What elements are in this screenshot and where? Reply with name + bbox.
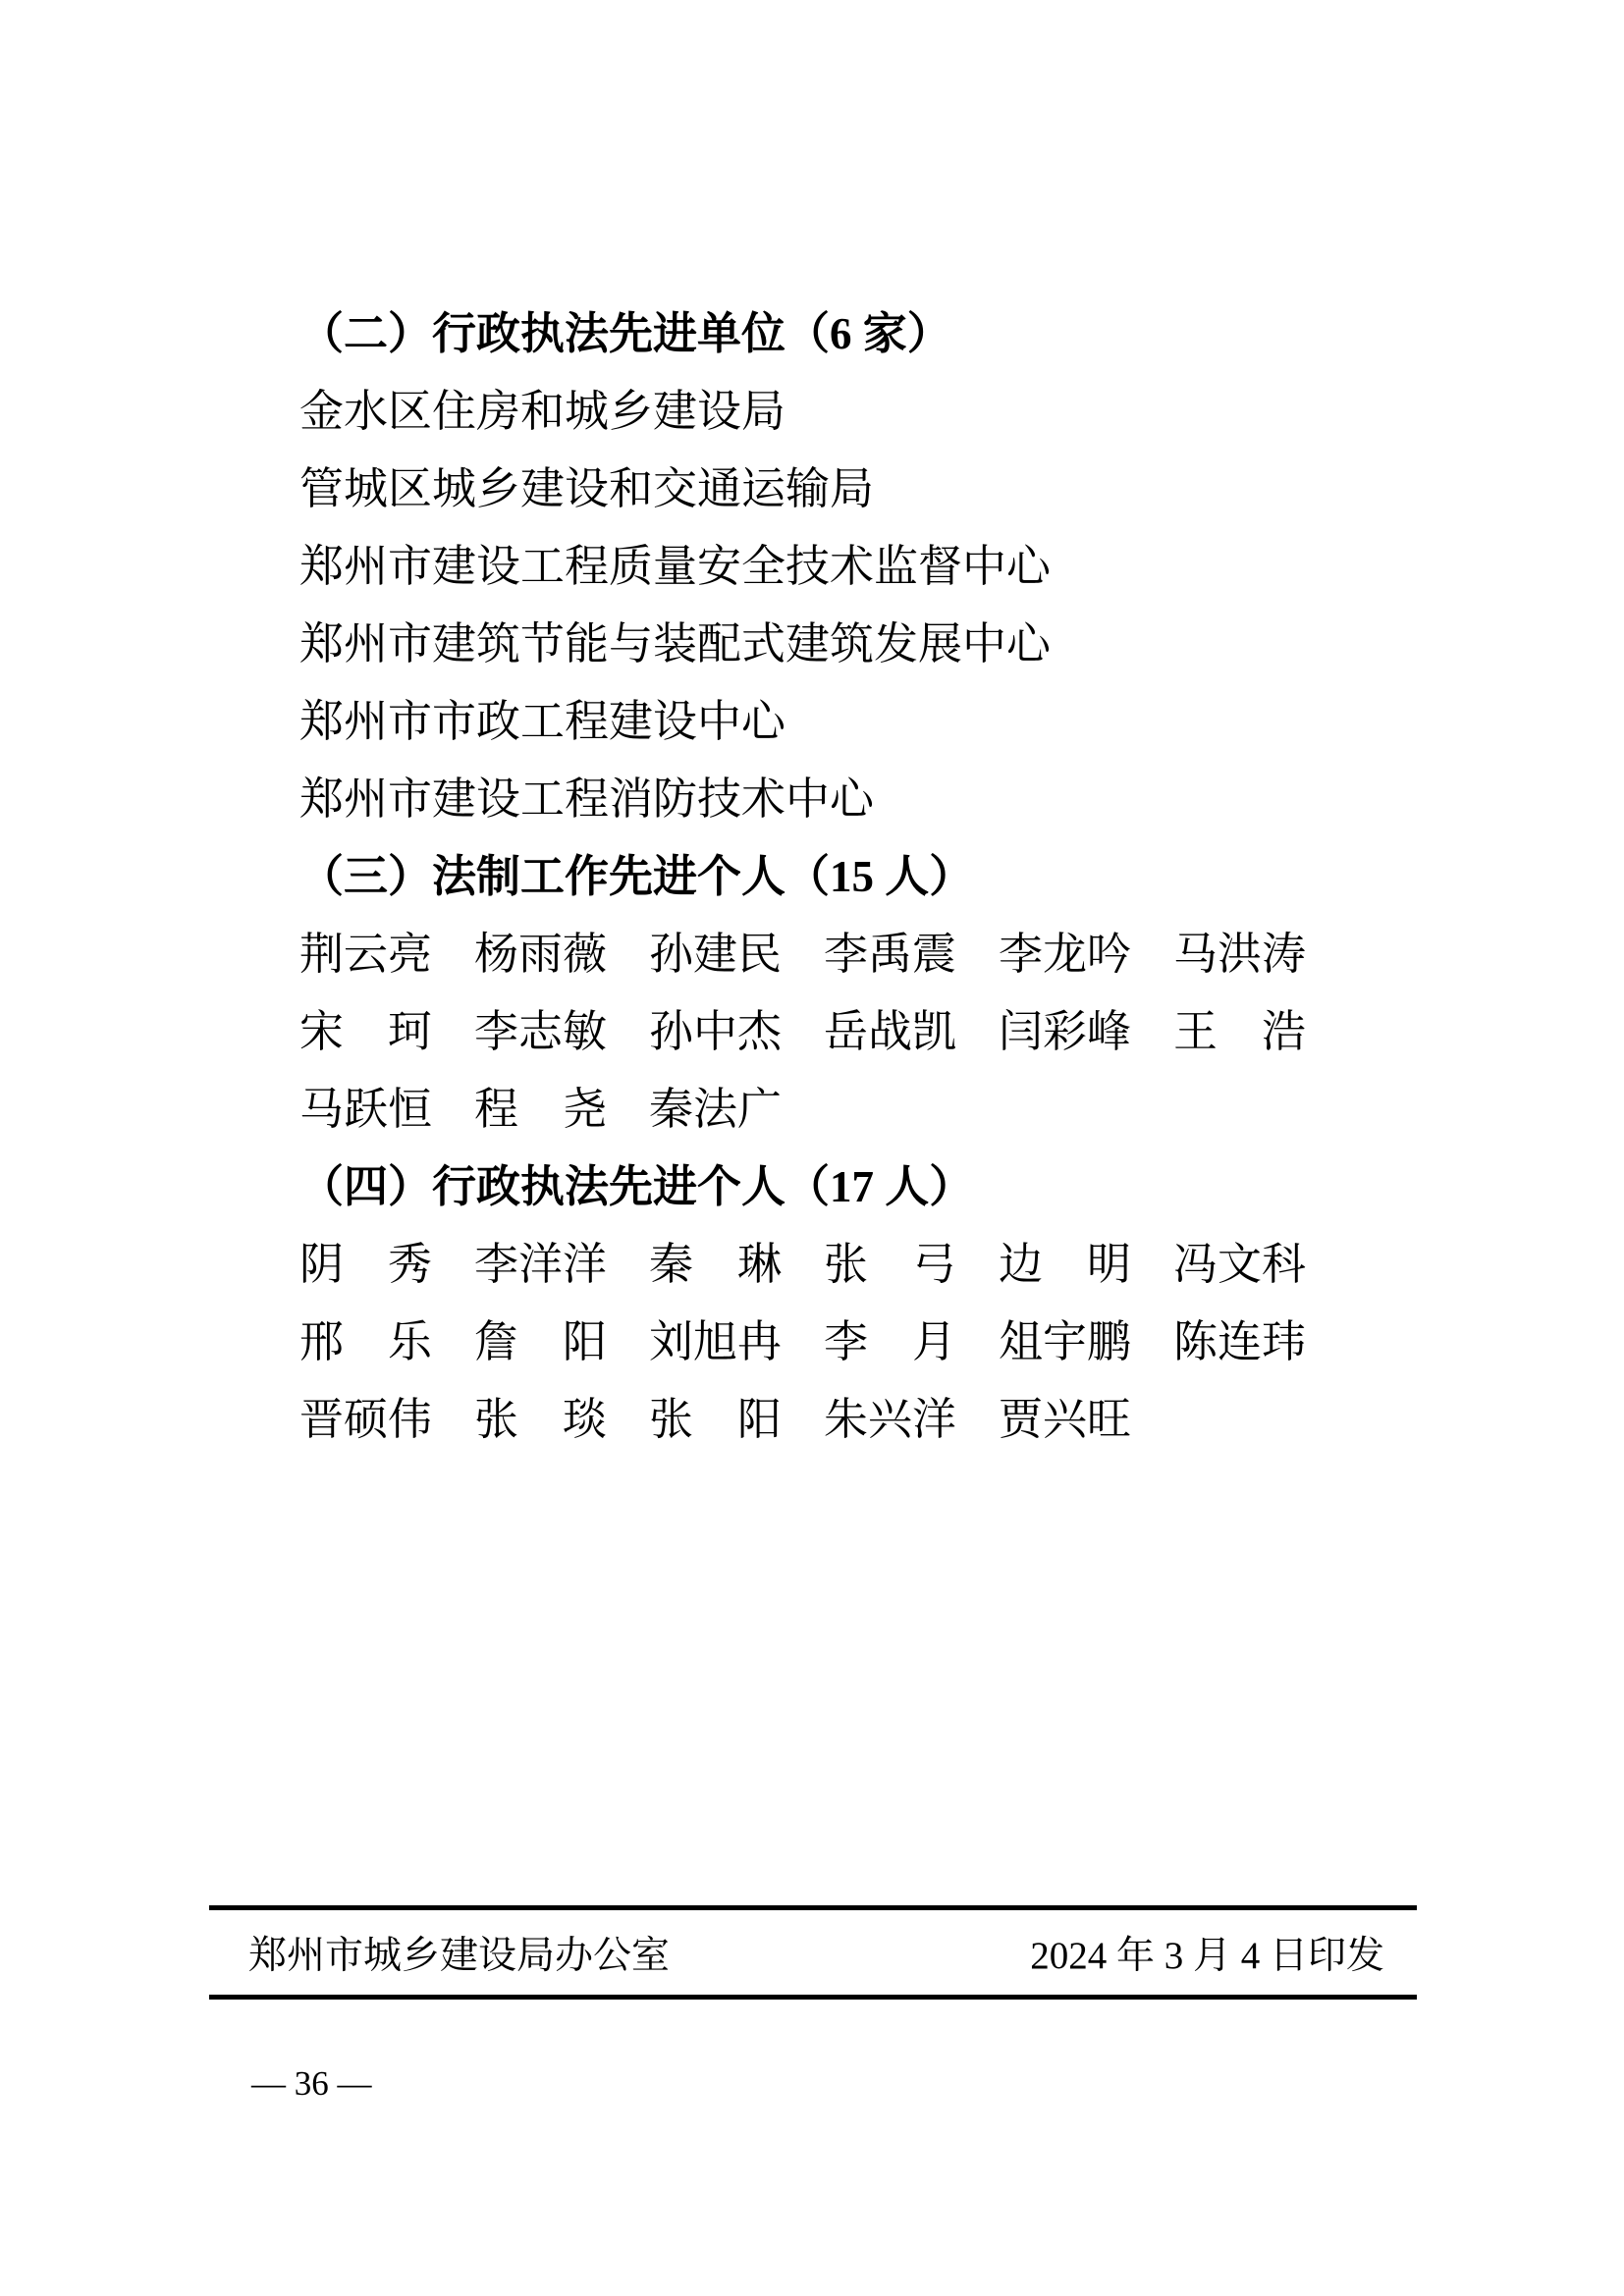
awardee-name: 朱兴洋 (824, 1381, 955, 1459)
section-2-heading: （二）行政执法先进单位（6 家） (299, 295, 1380, 373)
awardee-name: 马跃恒 (299, 1071, 431, 1148)
footer-rule-bottom (209, 1995, 1417, 2000)
issuing-office: 郑州市城乡建设局办公室 (248, 1925, 670, 1980)
awardee-name: 晋硕伟 (299, 1381, 431, 1459)
awarded-unit: 金水区住房和城乡建设局 (299, 373, 1380, 451)
awardee-name: 李 月 (824, 1304, 955, 1381)
awardee-name: 宋 珂 (299, 993, 431, 1071)
awardee-name: 秦法广 (649, 1071, 781, 1148)
awardee-name: 孙中杰 (649, 993, 781, 1071)
names-row: 宋 珂 李志敏 孙中杰 岳战凯 闫彩峰 王 浩 (299, 993, 1380, 1071)
awardee-name: 张 琰 (474, 1381, 606, 1459)
names-row: 阴 秀 李洋洋 秦 琳 张 弓 边 明 冯文科 (299, 1226, 1380, 1304)
names-row: 晋硕伟 张 琰 张 阳 朱兴洋 贾兴旺 (299, 1381, 1380, 1459)
awardee-name: 秦 琳 (649, 1226, 781, 1304)
awardee-name: 贾兴旺 (999, 1381, 1130, 1459)
names-row: 荆云亮 杨雨薇 孙建民 李禹震 李龙吟 马洪涛 (299, 916, 1380, 993)
names-row: 邢 乐 詹 阳 刘旭冉 李 月 俎宇鹏 陈连玮 (299, 1304, 1380, 1381)
awardee-name: 李洋洋 (474, 1226, 606, 1304)
awardee-name: 邢 乐 (299, 1304, 431, 1381)
document-body: （二）行政执法先进单位（6 家） 金水区住房和城乡建设局 管城区城乡建设和交通运… (299, 295, 1380, 1459)
section-4-heading: （四）行政执法先进个人（17 人） (299, 1148, 1380, 1226)
awarded-unit: 郑州市建设工程质量安全技术监督中心 (299, 528, 1380, 606)
awardee-name: 阴 秀 (299, 1226, 431, 1304)
awardee-name: 冯文科 (1173, 1226, 1305, 1304)
awarded-unit: 郑州市建筑节能与装配式建筑发展中心 (299, 606, 1380, 683)
names-row: 马跃恒 程 尧 秦法广 (299, 1071, 1380, 1148)
awarded-unit: 管城区城乡建设和交通运输局 (299, 451, 1380, 528)
footer: 郑州市城乡建设局办公室 2024 年 3 月 4 日印发 (248, 1910, 1384, 1995)
awardee-name: 刘旭冉 (649, 1304, 781, 1381)
awardee-name: 李志敏 (474, 993, 606, 1071)
awardee-name: 岳战凯 (824, 993, 955, 1071)
awardee-name: 马洪涛 (1173, 916, 1305, 993)
awardee-name: 荆云亮 (299, 916, 431, 993)
awardee-name: 俎宇鹏 (999, 1304, 1130, 1381)
awarded-unit: 郑州市建设工程消防技术中心 (299, 761, 1380, 838)
awardee-name: 边 明 (999, 1226, 1130, 1304)
awardee-name: 王 浩 (1173, 993, 1305, 1071)
page-number: — 36 — (251, 2061, 372, 2106)
awardee-name: 孙建民 (649, 916, 781, 993)
awardee-name: 杨雨薇 (474, 916, 606, 993)
document-page: （二）行政执法先进单位（6 家） 金水区住房和城乡建设局 管城区城乡建设和交通运… (0, 0, 1624, 2296)
awardee-name: 李禹震 (824, 916, 955, 993)
awardee-name: 李龙吟 (999, 916, 1130, 993)
awardee-name: 陈连玮 (1173, 1304, 1305, 1381)
print-date: 2024 年 3 月 4 日印发 (1030, 1925, 1384, 1980)
awarded-unit: 郑州市市政工程建设中心 (299, 683, 1380, 761)
awardee-name: 詹 阳 (474, 1304, 606, 1381)
awardee-name: 程 尧 (474, 1071, 606, 1148)
awardee-name: 张 阳 (649, 1381, 781, 1459)
awardee-name: 张 弓 (824, 1226, 955, 1304)
section-3-heading: （三）法制工作先进个人（15 人） (299, 838, 1380, 916)
awardee-name: 闫彩峰 (999, 993, 1130, 1071)
